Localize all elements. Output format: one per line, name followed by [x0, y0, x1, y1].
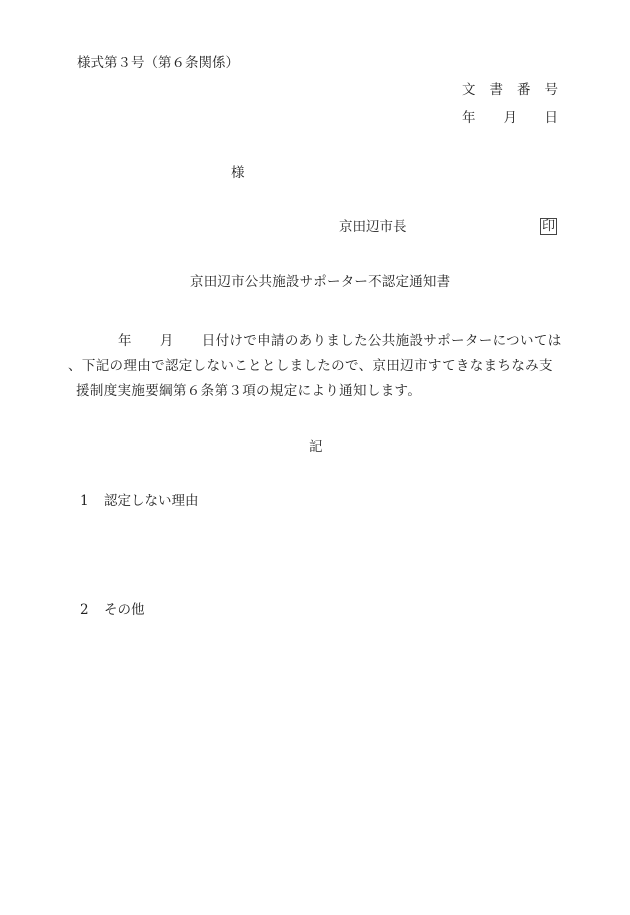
seal-mark: 印: [540, 218, 557, 235]
form-number: 様式第３号（第６条関係）: [77, 57, 239, 71]
date-year: 年: [462, 112, 476, 126]
body-paragraph: 年月日付けで申請のありました公共施設サポーターについては 、下記の理由で認定しな…: [76, 329, 558, 404]
doc-number-char: 号: [545, 84, 559, 98]
document-number-label: 文 書 番 号: [462, 84, 558, 98]
doc-number-char: 番: [517, 84, 531, 98]
body-line-2: 、下記の理由で認定しないこととしましたので、京田辺市すてきなまちなみ支: [68, 354, 558, 379]
date-month: 月: [504, 112, 518, 126]
body-month-label: 月: [160, 333, 174, 349]
doc-number-char: 文: [462, 84, 476, 98]
issuer-name: 京田辺市長: [339, 221, 407, 235]
document-title: 京田辺市公共施設サポーター不認定通知書: [190, 276, 450, 290]
body-line-1-text: 日付けで申請のありました公共施設サポーターについては: [202, 333, 562, 349]
item-number: 2: [80, 604, 104, 618]
item-label: その他: [104, 604, 145, 618]
body-line-1: 年月日付けで申請のありました公共施設サポーターについては: [76, 329, 558, 354]
ki-heading: 記: [309, 441, 323, 455]
issue-date-label: 年 月 日: [462, 112, 558, 126]
date-day: 日: [545, 112, 559, 126]
addressee-honorific: 様: [231, 167, 245, 181]
item-reason: 1 認定しない理由: [80, 495, 199, 509]
item-label: 認定しない理由: [104, 495, 199, 509]
item-number: 1: [80, 495, 104, 509]
body-year-label: 年: [118, 333, 132, 349]
item-other: 2 その他: [80, 604, 145, 618]
body-line-3: 援制度実施要綱第６条第３項の規定により通知します。: [76, 379, 558, 404]
doc-number-char: 書: [490, 84, 504, 98]
